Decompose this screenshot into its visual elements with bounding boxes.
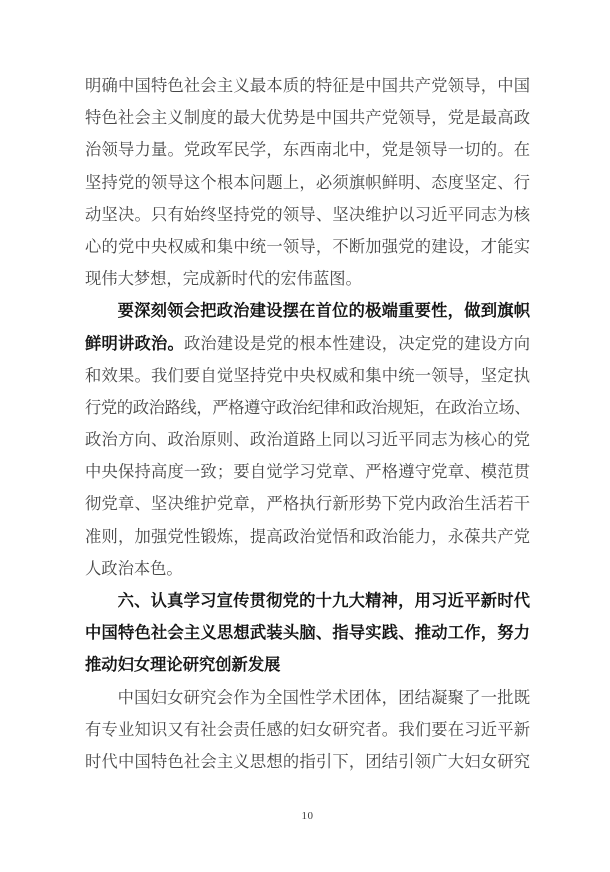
text-segment: 现伟大梦想，完成新时代的宏伟蓝图。 [85,269,362,288]
text-segment: 心的党中央权威和集中统一领导，不断加强党的建设，才能实 [85,237,530,256]
text-line: 特色社会主义制度的最大优势是中国共产党领导，党是最高政 [85,102,530,134]
text-segment: 彻党章、坚决维护党章，严格执行新形势下党内政治生活若干 [85,494,530,513]
page-number: 10 [302,810,314,822]
bold-text-segment: 要深刻领会把政治建设摆在首位的极端重要性，做到旗帜 [118,301,530,320]
text-segment: 坚持党的领导这个根本问题上，必须旗帜鲜明、态度坚定、行 [85,173,530,192]
text-line: 行党的政治路线，严格遵守政治纪律和政治规矩，在政治立场、 [85,392,530,424]
page-footer: 10 [85,806,530,824]
text-line: 和效果。我们要自觉坚持党中央权威和集中统一领导，坚定执 [85,360,530,392]
text-line: 时代中国特色社会主义思想的指引下，团结引领广大妇女研究 [85,746,530,778]
text-segment: 准则，加强党性锻炼，提高政治觉悟和政治能力，永葆共产党 [85,527,530,546]
text-line: 坚持党的领导这个根本问题上，必须旗帜鲜明、态度坚定、行 [85,167,530,199]
text-segment: 有专业知识又有社会责任感的妇女研究者。我们要在习近平新 [85,720,530,739]
text-line: 政治方向、政治原则、政治道路上同以习近平同志为核心的党 [85,424,530,456]
text-segment: 中国妇女研究会作为全国性学术团体，团结凝聚了一批既 [118,688,530,707]
text-segment: 特色社会主义制度的最大优势是中国共产党领导，党是最高政 [85,108,530,127]
paragraph-4: 中国妇女研究会作为全国性学术团体，团结凝聚了一批既有专业知识又有社会责任感的妇女… [85,682,530,779]
text-segment: 行党的政治路线，严格遵守政治纪律和政治规矩，在政治立场、 [85,398,530,417]
text-line: 中央保持高度一致；要自觉学习党章、严格遵守党章、模范贯 [85,456,530,488]
document-body: 明确中国特色社会主义最本质的特征是中国共产党领导，中国特色社会主义制度的最大优势… [85,70,530,778]
document-page: 明确中国特色社会主义最本质的特征是中国共产党领导，中国特色社会主义制度的最大优势… [0,0,610,872]
text-line: 心的党中央权威和集中统一领导，不断加强党的建设，才能实 [85,231,530,263]
heading-line: 中国特色社会主义思想武装头脑、指导实践、推动工作，努力 [85,617,530,649]
text-line: 鲜明讲政治。政治建设是党的根本性建设，决定党的建设方向 [85,328,530,360]
text-line: 要深刻领会把政治建设摆在首位的极端重要性，做到旗帜 [85,295,530,327]
text-segment: 明确中国特色社会主义最本质的特征是中国共产党领导，中国 [85,76,530,95]
bold-text-segment: 中国特色社会主义思想武装头脑、指导实践、推动工作，努力 [85,624,530,642]
bold-text-segment: 六、认真学习宣传贯彻党的十九大精神，用习近平新时代 [118,592,530,610]
text-line: 准则，加强党性锻炼，提高政治觉悟和政治能力，永葆共产党 [85,521,530,553]
heading-line: 推动妇女理论研究创新发展 [85,649,530,681]
text-segment: 和效果。我们要自觉坚持党中央权威和集中统一领导，坚定执 [85,366,530,385]
text-line: 动坚决。只有始终坚持党的领导、坚决维护以习近平同志为核 [85,199,530,231]
paragraph-2: 要深刻领会把政治建设摆在首位的极端重要性，做到旗帜鲜明讲政治。政治建设是党的根本… [85,295,530,585]
bold-text-segment: 推动妇女理论研究创新发展 [85,656,280,674]
text-line: 有专业知识又有社会责任感的妇女研究者。我们要在习近平新 [85,714,530,746]
text-segment: 政治建设是党的根本性建设，决定党的建设方向 [184,334,530,353]
text-line: 彻党章、坚决维护党章，严格执行新形势下党内政治生活若干 [85,488,530,520]
text-segment: 时代中国特色社会主义思想的指引下，团结引领广大妇女研究 [85,752,530,771]
text-segment: 政治方向、政治原则、政治道路上同以习近平同志为核心的党 [85,430,530,449]
heading-line: 六、认真学习宣传贯彻党的十九大精神，用习近平新时代 [85,585,530,617]
bold-text-segment: 鲜明讲政治。 [85,334,184,353]
text-line: 现伟大梦想，完成新时代的宏伟蓝图。 [85,263,530,295]
text-segment: 治领导力量。党政军民学，东西南北中，党是领导一切的。在 [85,140,530,159]
text-line: 明确中国特色社会主义最本质的特征是中国共产党领导，中国 [85,70,530,102]
text-segment: 中央保持高度一致；要自觉学习党章、严格遵守党章、模范贯 [85,462,530,481]
text-line: 人政治本色。 [85,553,530,585]
text-line: 治领导力量。党政军民学，东西南北中，党是领导一切的。在 [85,134,530,166]
text-segment: 动坚决。只有始终坚持党的领导、坚决维护以习近平同志为核 [85,205,530,224]
paragraph-3: 六、认真学习宣传贯彻党的十九大精神，用习近平新时代中国特色社会主义思想武装头脑、… [85,585,530,682]
text-segment: 人政治本色。 [85,559,183,578]
text-line: 中国妇女研究会作为全国性学术团体，团结凝聚了一批既 [85,682,530,714]
paragraph-1: 明确中国特色社会主义最本质的特征是中国共产党领导，中国特色社会主义制度的最大优势… [85,70,530,295]
